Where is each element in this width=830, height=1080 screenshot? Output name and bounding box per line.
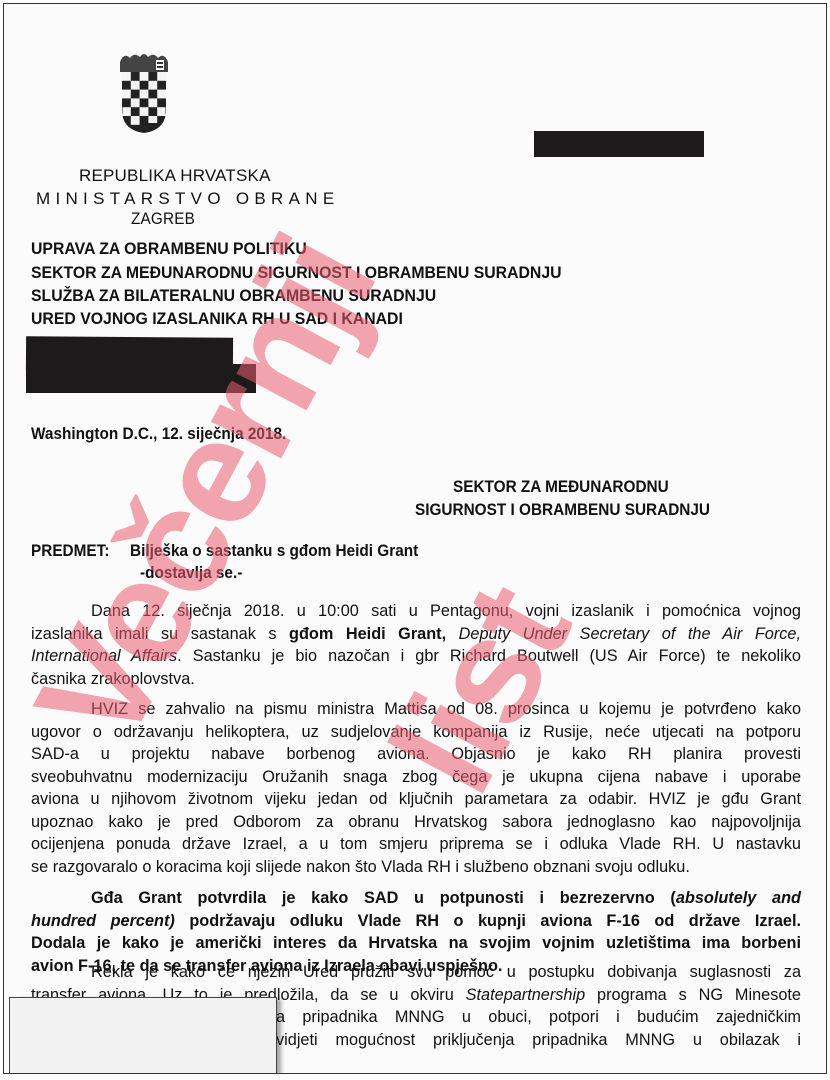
- croatian-coat-of-arms-icon: [114, 52, 174, 134]
- city-name: ZAGREB: [131, 209, 195, 229]
- subject-title: Bilješka o sastanku s gđom Heidi Grant: [130, 542, 418, 561]
- subject-label: PREDMET:: [31, 542, 109, 561]
- place-date: Washington D.C., 12. siječnja 2018.: [31, 425, 286, 444]
- recipient-line: SIGURNOST I OBRAMBENU SURADNJU: [415, 501, 710, 520]
- document-page: REPUBLIKA HRVATSKA MINISTARSTVO OBRANE Z…: [3, 3, 827, 1074]
- org-unit-line: SEKTOR ZA MEĐUNARODNU SIGURNOST I OBRAMB…: [31, 263, 562, 283]
- org-unit-line: UPRAVA ZA OBRAMBENU POLITIKU: [31, 239, 307, 259]
- body-paragraph: HVIZ se zahvalio na pismu ministra Matti…: [31, 698, 801, 878]
- overlapping-paper-sheet: [9, 997, 277, 1074]
- country-name: REPUBLIKA HRVATSKA: [79, 166, 271, 186]
- redaction-bar: [534, 131, 704, 157]
- ministry-name: MINISTARSTVO OBRANE: [36, 189, 339, 209]
- body-paragraph-continued: a pripadnika MNNG u obuci, potpori i bud…: [276, 1006, 801, 1051]
- redaction-bar: [26, 364, 256, 393]
- recipient-line: SEKTOR ZA MEĐUNARODNU: [453, 478, 669, 497]
- org-unit-line: SLUŽBA ZA BILATERALNU OBRAMBENU SURADNJU: [31, 286, 436, 306]
- body-paragraph: Dana 12. siječnja 2018. u 10:00 sati u P…: [31, 600, 801, 690]
- org-unit-line: URED VOJNOG IZASLANIKA RH U SAD I KANADI: [31, 309, 403, 329]
- subject-note: -dostavlja se.-: [140, 564, 242, 583]
